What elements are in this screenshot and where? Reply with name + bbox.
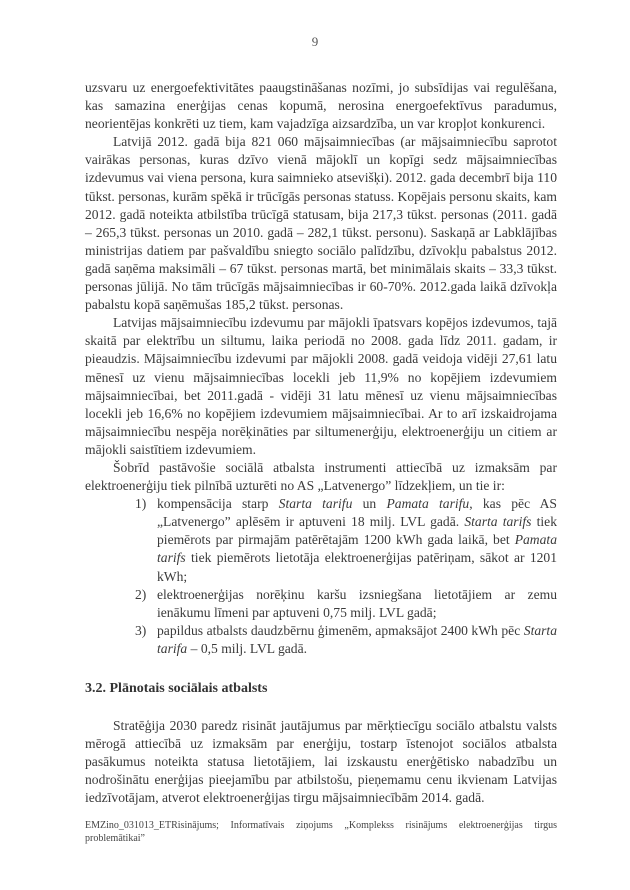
paragraph-instruments: Šobrīd pastāvošie sociālā atbalsta instr…: [85, 459, 557, 495]
document-body: uzsvaru uz energoefektivitātes paaugstin…: [85, 79, 557, 808]
list-number: 3): [135, 622, 146, 640]
list-text: tiek piemērots lietotāja elektroenerģija…: [157, 550, 557, 583]
paragraph-strategy: Stratēģija 2030 paredz risināt jautājumu…: [85, 717, 557, 807]
paragraph-households: Latvijā 2012. gadā bija 821 060 mājsaimn…: [85, 133, 557, 314]
list-item: 3) papildus atbalsts daudzbērnu ģimenēm,…: [135, 622, 557, 658]
list-item: 2) elektroenerģijas norēķinu karšu izsni…: [135, 586, 557, 622]
list-text-italic: Starta tarifu: [279, 496, 353, 511]
list-text-italic: Pamata tarifu: [386, 496, 469, 511]
support-instruments-list: 1) kompensācija starp Starta tarifu un P…: [85, 495, 557, 658]
paragraph-continuation: uzsvaru uz energoefektivitātes paaugstin…: [85, 79, 557, 133]
page-number: 9: [0, 34, 630, 50]
list-text: papildus atbalsts daudzbērnu ģimenēm, ap…: [157, 623, 524, 638]
footer-doc-id: EMZino_031013_ETRisinājums; Informatīvai…: [85, 819, 557, 845]
paragraph-expenses: Latvijas mājsaimniecību izdevumu par māj…: [85, 314, 557, 459]
list-text: un: [352, 496, 386, 511]
list-number: 1): [135, 495, 146, 513]
section-heading: 3.2. Plānotais sociālais atbalsts: [85, 680, 557, 698]
list-text: – 0,5 milj. LVL gadā.: [187, 641, 307, 656]
list-text-italic: Starta tarifs: [464, 514, 531, 529]
list-number: 2): [135, 586, 146, 604]
list-item: 1) kompensācija starp Starta tarifu un P…: [135, 495, 557, 585]
list-text: kompensācija starp: [157, 496, 279, 511]
list-text: elektroenerģijas norēķinu karšu izsniegš…: [157, 587, 557, 620]
